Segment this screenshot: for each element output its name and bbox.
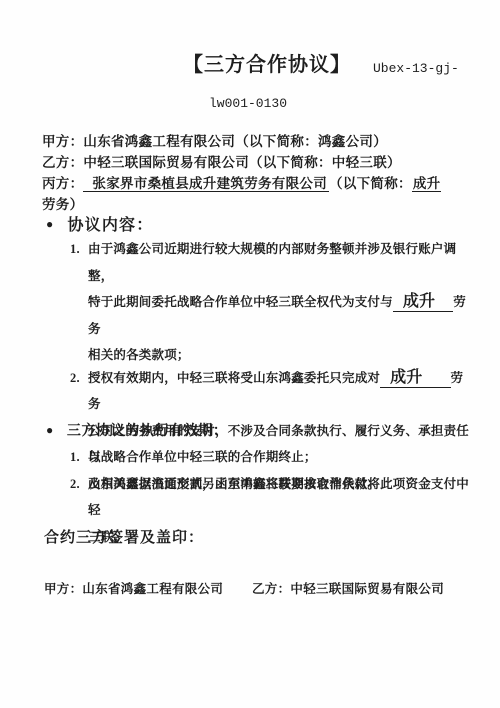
item-number: 1.: [70, 444, 88, 471]
item-line-text: 特于此期间委托战略合作单位中轻三联全权代为支付与: [88, 295, 393, 309]
party-b-label: 乙方：: [42, 155, 83, 170]
fill-in-blank: 成升: [380, 370, 450, 388]
title-row: 【三方合作协议】 Ubex-13-gj-: [183, 50, 459, 80]
item-line-text: 授权有效期内，中轻三联将受山东鸿鑫委托只完成对: [88, 371, 380, 385]
fill-in-blank: 成升: [393, 294, 453, 312]
list-item: 1. 由于鸿鑫公司近期进行较大规模的内部财务整顿并涉及银行账户调整， 特于此期间…: [70, 236, 474, 369]
party-b-line: 乙方：中轻三联国际贸易有限公司（以下简称：中轻三联）: [42, 152, 478, 173]
item-number: 2.: [70, 471, 88, 498]
doc-code-line2: lw001-0130: [209, 96, 287, 111]
bullet-icon: ●: [46, 218, 54, 230]
list-item: 2. 山东鸿鑫以书面形式另函至中轻三联要求取消代付。: [70, 471, 474, 498]
item-number: 1.: [70, 236, 88, 369]
party-c-mid: （以下简称：: [329, 176, 412, 191]
party-c-shortname-underlined: 成升: [412, 176, 442, 192]
signature-party-b: 乙方：中轻三联国际贸易有限公司: [252, 579, 444, 597]
section-validity-heading: ● 三方协议的执行有效期：: [46, 420, 227, 440]
validity-list: 1. 与战略合作单位中轻三联的合作期终止； 2. 山东鸿鑫以书面形式另函至中轻三…: [70, 444, 474, 498]
party-c-tail: 劳务）: [42, 197, 83, 212]
section-content-heading-label: 协议内容：: [67, 212, 153, 235]
item-line: 特于此期间委托战略合作单位中轻三联全权代为支付与成升劳务: [88, 289, 474, 342]
item-line: 授权有效期内，中轻三联将受山东鸿鑫委托只完成对成升劳务: [88, 365, 474, 418]
section-validity-heading-label: 三方协议的执行有效期：: [67, 420, 228, 440]
item-text: 与战略合作单位中轻三联的合作期终止；: [88, 444, 474, 471]
bullet-icon: ●: [46, 424, 54, 436]
party-a-text: 山东省鸿鑫工程有限公司（以下简称：鸿鑫公司）: [83, 134, 387, 149]
content-list: 1. 由于鸿鑫公司近期进行较大规模的内部财务整顿并涉及银行账户调整， 特于此期间…: [70, 236, 474, 550]
signature-party-a: 甲方：山东省鸿鑫工程有限公司: [44, 579, 252, 597]
item-line: 由于鸿鑫公司近期进行较大规模的内部财务整顿并涉及银行账户调整，: [88, 236, 474, 289]
party-c-name-underlined: 张家界市桑植县成升建筑劳务有限公司: [83, 176, 329, 192]
document-page: 【三方合作协议】 Ubex-13-gj- lw001-0130 甲方：山东省鸿鑫…: [0, 0, 500, 708]
party-c-label: 丙方：: [42, 176, 83, 191]
doc-code: Ubex-13-gj-: [373, 61, 459, 80]
parties-block: 甲方：山东省鸿鑫工程有限公司（以下简称：鸿鑫公司） 乙方：中轻三联国际贸易有限公…: [42, 131, 478, 215]
item-text: 由于鸿鑫公司近期进行较大规模的内部财务整顿并涉及银行账户调整， 特于此期间委托战…: [88, 236, 474, 369]
list-item: 1. 与战略合作单位中轻三联的合作期终止；: [70, 444, 474, 471]
document-title: 【三方合作协议】: [183, 50, 351, 80]
party-a-line: 甲方：山东省鸿鑫工程有限公司（以下简称：鸿鑫公司）: [42, 131, 478, 152]
party-a-label: 甲方：: [42, 134, 83, 149]
section-content-heading: ● 协议内容：: [46, 212, 153, 235]
party-b-text: 中轻三联国际贸易有限公司（以下简称：中轻三联）: [83, 155, 400, 170]
party-c-line: 丙方：张家界市桑植县成升建筑劳务有限公司（以下简称：成升劳务）: [42, 173, 478, 215]
signature-row: 甲方：山东省鸿鑫工程有限公司 乙方：中轻三联国际贸易有限公司: [44, 579, 444, 597]
item-text: 山东鸿鑫以书面形式另函至中轻三联要求取消代付。: [88, 471, 474, 498]
signature-heading: 合约三方签署及盖印：: [44, 526, 204, 547]
